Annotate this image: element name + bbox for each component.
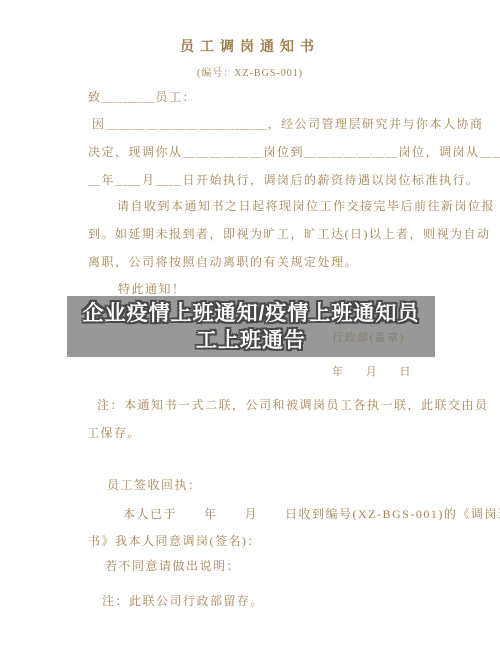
note1-line1: 注：本通知书一式二联，公司和被调岗员工各执一联，此联交由员: [97, 399, 489, 412]
body-paragraph2-line1: 请自收到本通知书之日起将现岗位工作交接完毕后前往新岗位报: [117, 200, 495, 213]
watermark-title-line1: 企业疫情上班通知/疫情上班通知员: [83, 300, 420, 327]
closing-line: 特此通知！: [118, 283, 186, 296]
disagree-line: 若不同意请做出说明：: [105, 560, 240, 573]
note2-line: 注：此联公司行政部留存。: [102, 595, 264, 608]
body-paragraph1-line2: 决定，现调你从＿＿＿＿＿＿岗位到＿＿＿＿＿＿＿岗位，调岗从＿＿: [88, 146, 500, 159]
receipt-line1: 本人已于 年 月 日收到编号(XZ-BGS-001)的《调岗通知: [123, 508, 500, 521]
watermark-title-banner: 企业疫情上班通知/疫情上班通知员 工上班通告: [67, 296, 435, 357]
document-number: (编号：XZ-BGS-001): [0, 64, 500, 79]
note1-line2: 工保存。: [87, 427, 141, 440]
body-paragraph2-line3: 离职，公司将按照自动离职的有关规定处理。: [88, 256, 358, 269]
date-line: 年 月 日: [332, 363, 414, 379]
body-paragraph2-line2: 到。如延期未报到者，即视为旷工，旷工达(日)以上者，则视为自动: [88, 228, 491, 241]
watermark-title-line2: 工上班通告: [196, 327, 306, 354]
body-paragraph1-line3: ＿年＿＿月＿＿日开始执行，调岗后的薪资待遇以岗位标准执行。: [88, 174, 480, 187]
document-page: 员工调岗通知书 (编号：XZ-BGS-001) 致＿＿＿＿员工： 因＿＿＿＿＿＿…: [0, 0, 500, 652]
receipt-line2: 书》我本人同意调岗(签名)：: [88, 535, 261, 548]
body-paragraph1-line1: 因＿＿＿＿＿＿＿＿＿＿＿＿，经公司管理层研究并与你本人协商: [92, 118, 484, 131]
salutation-line: 致＿＿＿＿员工：: [88, 91, 196, 104]
document-title: 员工调岗通知书: [0, 36, 500, 56]
receipt-heading: 员工签收回执：: [107, 479, 202, 492]
department-stamp-label: 行政部(盖章): [332, 329, 405, 345]
